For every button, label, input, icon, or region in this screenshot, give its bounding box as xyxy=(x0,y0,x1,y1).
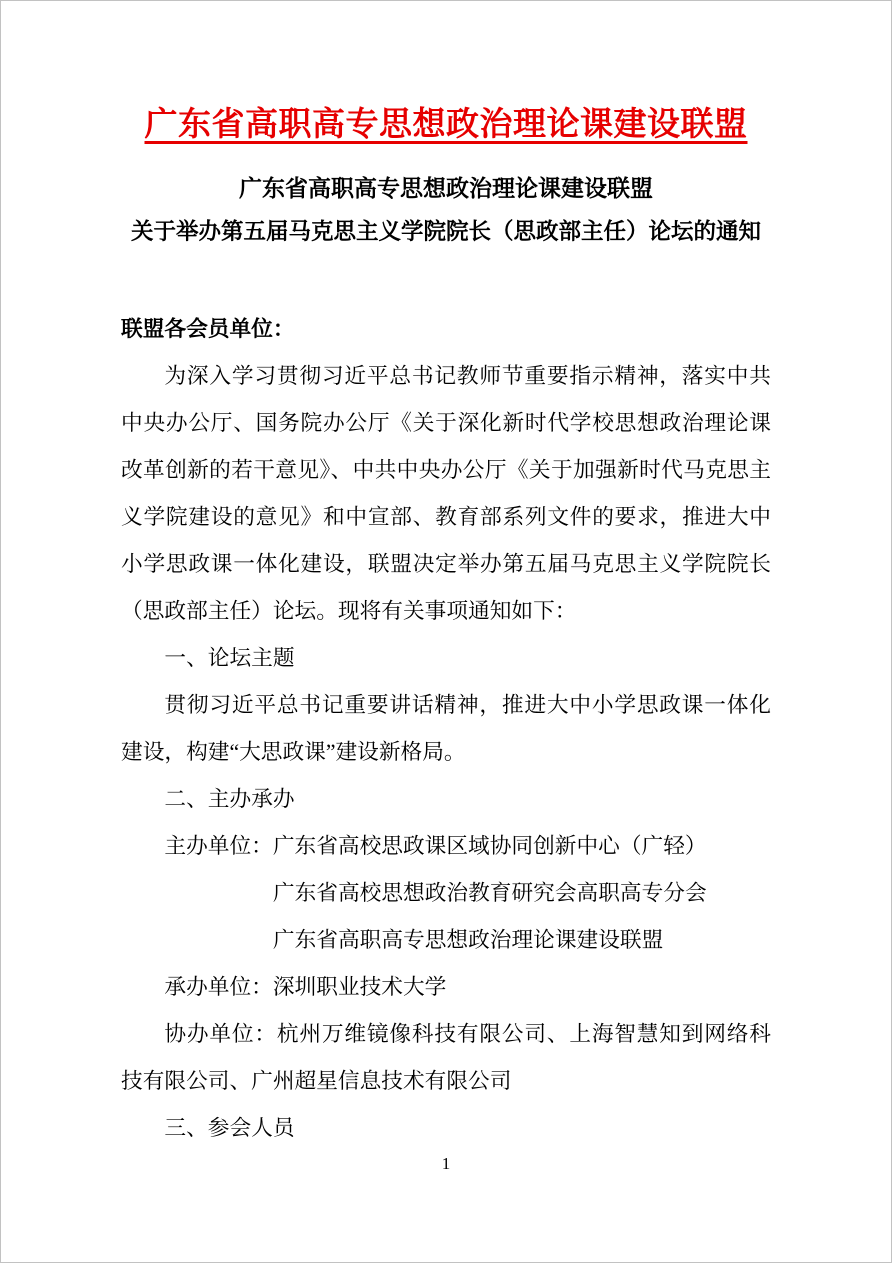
co-organizer-line: 协办单位：杭州万维镜像科技有限公司、上海智慧知到网络科技有限公司、广州超星信息技… xyxy=(121,1011,771,1105)
organizer-item-2: 广东省高校思想政治教育研究会高职高专分会 xyxy=(121,870,771,917)
organizer-label: 主办单位： xyxy=(164,834,272,858)
organization-title: 广东省高职高专思想政治理论课建设联盟 xyxy=(121,167,771,210)
organizer-line-1: 主办单位：广东省高校思政课区域协同创新中心（广轻） xyxy=(121,823,771,870)
document-page: 广东省高职高专思想政治理论课建设联盟 广东省高职高专思想政治理论课建设联盟 关于… xyxy=(0,0,892,1263)
notice-title: 关于举办第五届马克思主义学院院长（思政部主任）论坛的通知 xyxy=(121,210,771,253)
document-content: 广东省高职高专思想政治理论课建设联盟 广东省高职高专思想政治理论课建设联盟 关于… xyxy=(1,1,891,1152)
undertaker-label: 承办单位： xyxy=(164,975,272,999)
section-1-text: 贯彻习近平总书记重要讲话精神，推进大中小学思政课一体化建设，构建“大思政课”建设… xyxy=(121,682,771,776)
undertaker-line: 承办单位：深圳职业技术大学 xyxy=(121,964,771,1011)
banner-title: 广东省高职高专思想政治理论课建设联盟 xyxy=(121,101,771,147)
organizer-item-3: 广东省高职高专思想政治理论课建设联盟 xyxy=(121,917,771,964)
undertaker-value: 深圳职业技术大学 xyxy=(273,975,447,999)
intro-paragraph: 为深入学习贯彻习近平总书记教师节重要指示精神，落实中共中央办公厅、国务院办公厅《… xyxy=(121,353,771,635)
notice-body: 联盟各会员单位： 为深入学习贯彻习近平总书记教师节重要指示精神，落实中共中央办公… xyxy=(121,306,771,1152)
organizer-item-1: 广东省高校思政课区域协同创新中心（广轻） xyxy=(273,834,707,858)
section-1-heading: 一、论坛主题 xyxy=(121,635,771,682)
co-organizer-label: 协办单位： xyxy=(164,1022,276,1046)
page-number: 1 xyxy=(1,1154,891,1174)
section-2-heading: 二、主办承办 xyxy=(121,776,771,823)
section-3-heading: 三、参会人员 xyxy=(121,1105,771,1152)
salutation: 联盟各会员单位： xyxy=(121,306,771,353)
